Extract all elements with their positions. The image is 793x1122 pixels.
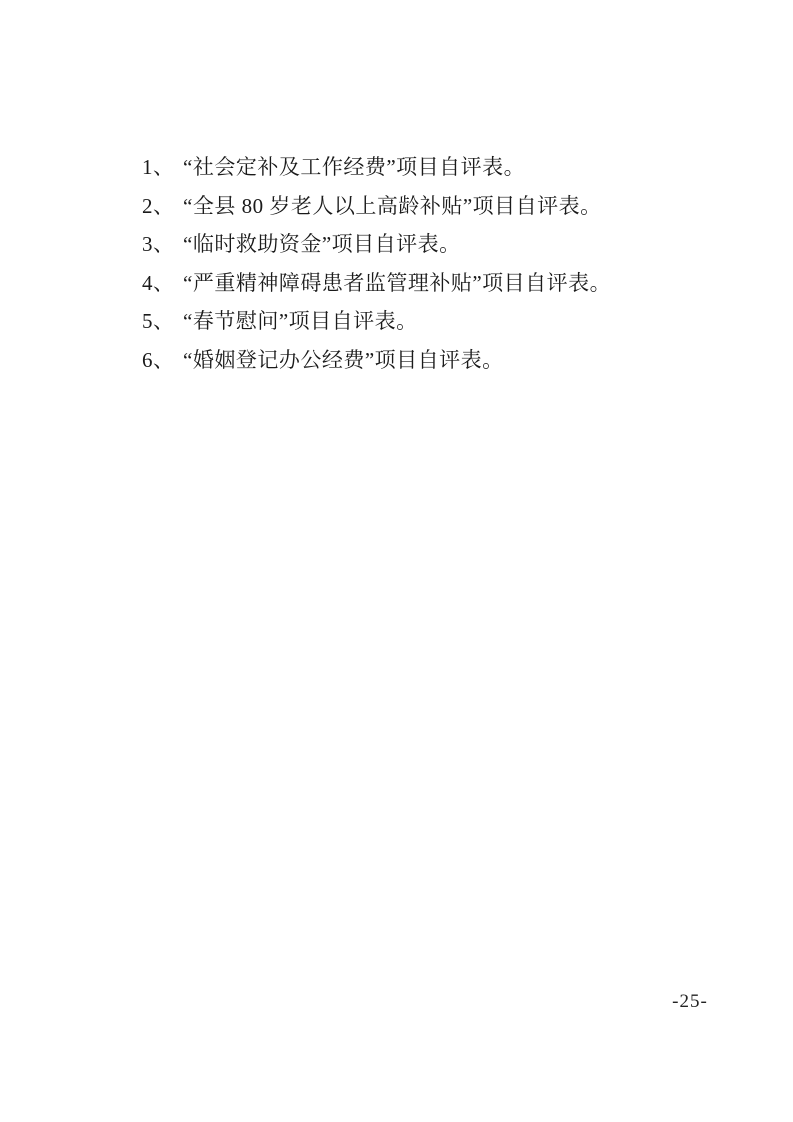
numbered-list: 1、“社会定补及工作经费”项目自评表。 2、“全县 80 岁老人以上高龄补贴”项…	[142, 148, 713, 380]
list-item-text: “全县 80 岁老人以上高龄补贴”项目自评表。	[183, 194, 602, 218]
list-item: 4、“严重精神障碍患者监管理补贴”项目自评表。	[142, 264, 713, 303]
list-item-text: “婚姻登记办公经费”项目自评表。	[183, 348, 504, 372]
list-item-number: 3、	[142, 225, 183, 264]
list-item-text: “社会定补及工作经费”项目自评表。	[183, 155, 525, 179]
list-item-number: 1、	[142, 148, 183, 187]
list-item: 1、“社会定补及工作经费”项目自评表。	[142, 148, 713, 187]
page-number: -25-	[655, 991, 725, 1013]
list-item-text: “春节慰问”项目自评表。	[183, 309, 418, 333]
document-page: 1、“社会定补及工作经费”项目自评表。 2、“全县 80 岁老人以上高龄补贴”项…	[0, 0, 793, 1122]
list-item-number: 5、	[142, 302, 183, 341]
list-item-text: “严重精神障碍患者监管理补贴”项目自评表。	[183, 271, 611, 295]
list-item: 2、“全县 80 岁老人以上高龄补贴”项目自评表。	[142, 187, 713, 226]
list-item: 3、“临时救助资金”项目自评表。	[142, 225, 713, 264]
list-item-number: 4、	[142, 264, 183, 303]
list-item: 6、“婚姻登记办公经费”项目自评表。	[142, 341, 713, 380]
list-item-number: 2、	[142, 187, 183, 226]
list-item-text: “临时救助资金”项目自评表。	[183, 232, 461, 256]
list-item-number: 6、	[142, 341, 183, 380]
list-item: 5、“春节慰问”项目自评表。	[142, 302, 713, 341]
